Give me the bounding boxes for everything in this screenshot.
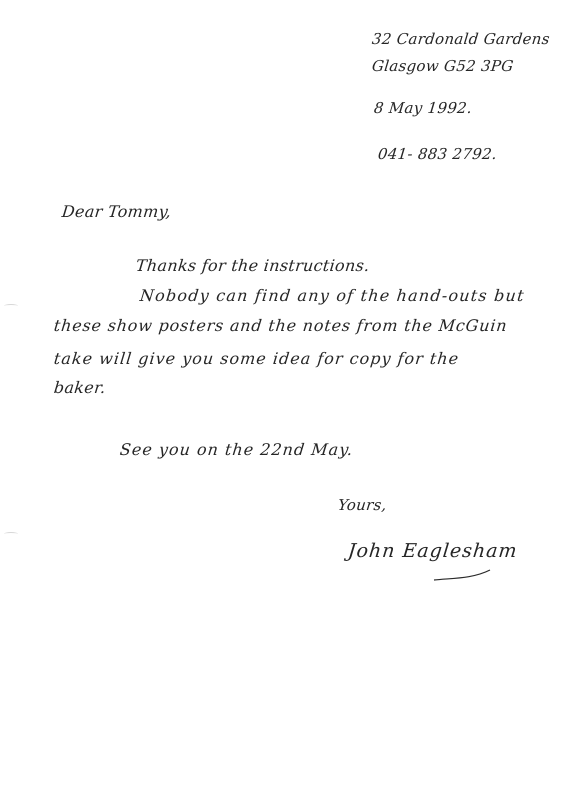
body-line-2: Nobody can find any of the hand-outs but (139, 286, 526, 305)
punch-hole-mark (4, 304, 18, 308)
punch-hole-mark (4, 532, 18, 536)
body-line-4: take will give you some idea for copy fo… (53, 349, 460, 368)
body-line-1: Thanks for the instructions. (135, 256, 371, 275)
address-line-1: 32 Cardonald Gardens (371, 30, 551, 48)
signature: John Eaglesham (347, 540, 519, 562)
address-line-2: Glasgow G52 3PG (371, 57, 515, 75)
body-line-6: See you on the 22nd May. (119, 440, 354, 459)
phone-number: 041- 883 2792. (377, 145, 498, 163)
body-line-5: baker. (53, 378, 107, 397)
signature-flourish (432, 568, 494, 582)
body-line-3: these show posters and the notes from th… (53, 316, 508, 335)
salutation: Dear Tommy, (61, 202, 172, 221)
letter-date: 8 May 1992. (373, 99, 473, 117)
closing: Yours, (337, 496, 388, 514)
